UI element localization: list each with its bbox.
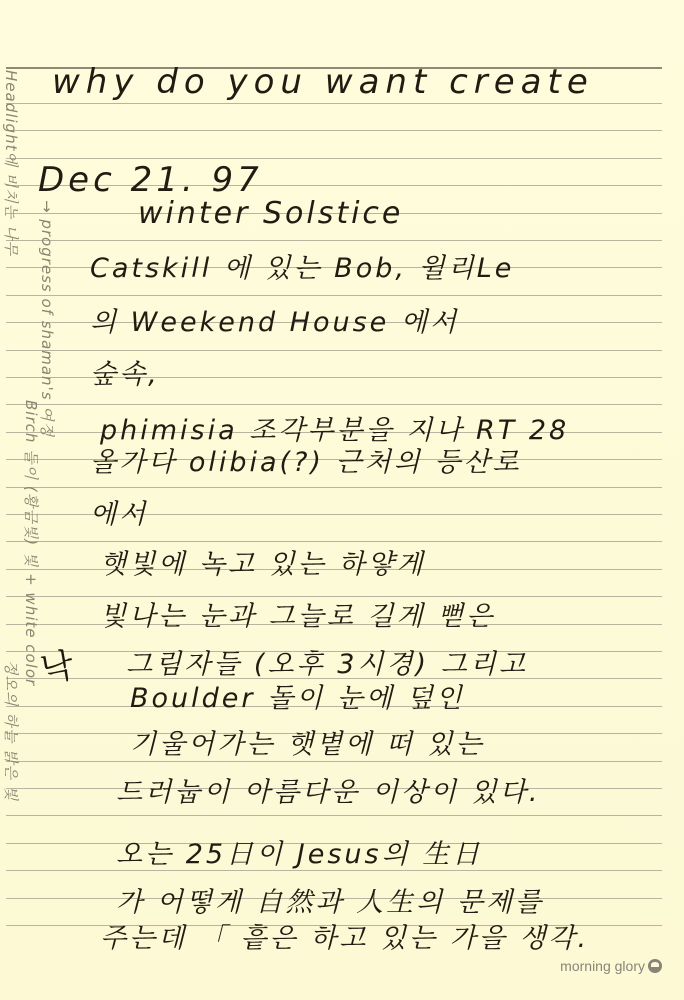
brand-logo: morning glory xyxy=(560,958,662,974)
rule-line xyxy=(6,295,662,296)
morning-glory-logo-icon xyxy=(648,959,662,973)
margin-note: 정오의 하늘 밝은 빛 xyxy=(1,660,22,801)
rule-line xyxy=(6,350,662,351)
body-line: 기울어가는 햇볕에 떠 있는 xyxy=(130,722,485,761)
body-line: 드러눕이 아름다운 이상이 있다. xyxy=(116,770,540,809)
body-line: 에서 xyxy=(90,492,148,531)
margin-note: Headlight에 비치는 나무 xyxy=(1,70,22,256)
body-line: 주는데 「 흩은 하고 있는 가을 생각. xyxy=(100,916,589,955)
rule-line xyxy=(6,240,662,241)
body-line: 숲속, xyxy=(90,352,160,391)
body-line: 빛나는 눈과 그늘로 길게 뻗은 xyxy=(100,594,495,633)
rule-line xyxy=(6,815,662,816)
body-line: 햇빛에 녹고 있는 하얗게 xyxy=(100,542,426,581)
rule-line xyxy=(6,404,662,405)
rule-line xyxy=(6,761,662,762)
rule-line xyxy=(6,158,662,159)
body-line: Boulder 돌이 눈에 덮인 xyxy=(130,676,465,715)
body-line: 의 Weekend House 에서 xyxy=(90,300,459,339)
brand-name: morning glory xyxy=(560,958,645,974)
margin-note: Birch 들이 (황금빛) 빛 + white color xyxy=(21,400,42,686)
rule-line xyxy=(6,103,662,104)
notebook-page: why do you want create Dec 21. 97 winter… xyxy=(0,0,684,1000)
body-line: 올가다 olibia(?) 근처의 등산로 xyxy=(90,440,522,479)
body-line: 오는 25日이 Jesus의 生日 xyxy=(116,832,482,871)
entry-date: Dec 21. 97 xyxy=(38,160,263,200)
page-heading: why do you want create xyxy=(52,62,594,102)
body-line: 가 어떻게 自然과 人生의 문제를 xyxy=(116,880,544,919)
entry-subtitle: winter Solstice xyxy=(138,196,403,231)
rule-line xyxy=(6,487,662,488)
margin-mark: 낙 xyxy=(36,638,77,692)
rule-line xyxy=(6,130,662,131)
body-line: Catskill 에 있는 Bob, 윌리Le xyxy=(90,246,514,285)
